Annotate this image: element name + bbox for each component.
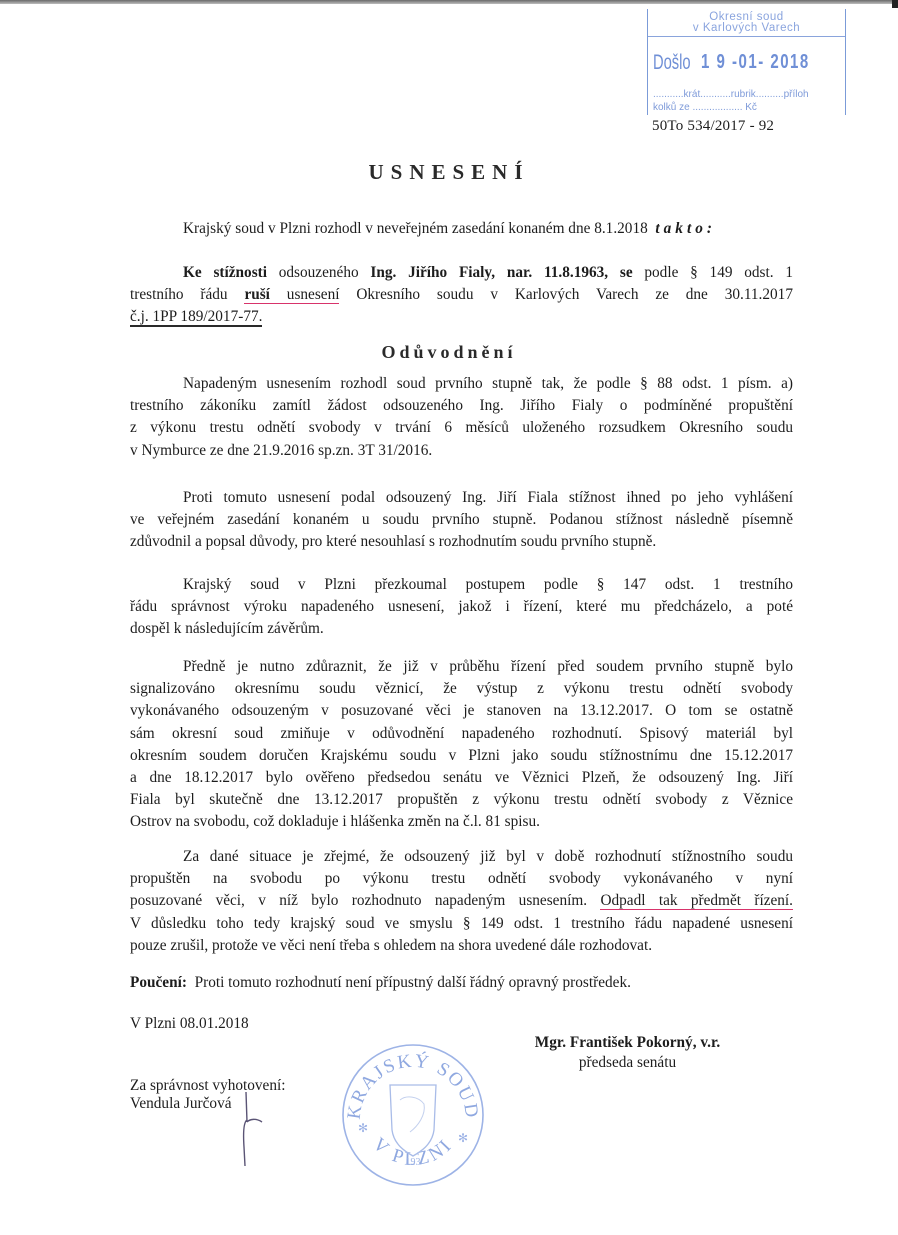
text-line: Proti tomuto usnesení podal odsouzený In… [183,489,793,506]
verdict-rusi: ruší [244,286,270,303]
text-line: řádu správnost výroku napadeného usnesen… [130,598,793,615]
judge-role: předseda senátu [520,1053,735,1073]
verdict-usneseni: usnesení [270,286,340,303]
stamp-counts-line: ...........krát...........rubrik........… [653,89,809,100]
text-line: Krajský soud v Plzni přezkoumal postupem… [183,576,793,593]
reasoning-paragraph-5: Za dané situace je zřejmé, že odsouzený … [130,846,793,957]
text-line: v Nymburce ze dne 21.9.2016 sp.zn. 3T 31… [130,442,432,459]
intro-emphasis: takto: [655,220,716,237]
stamp-fee-line: kolků ze .................. Kč [653,102,757,113]
text-line: a dne 18.12.2017 bylo ověřeno předsedou … [130,769,793,786]
text-line: z výkonu trestu odnětí svobody v trvání … [130,419,793,436]
stamp-received-label: Došlo [653,51,691,75]
svg-text:✻: ✻ [358,1121,368,1135]
text-line: Za dané situace je zřejmé, že odsouzený … [183,848,793,865]
instruction-label: Poučení: [130,974,187,991]
reasoning-heading: Odůvodnění [0,342,898,363]
text-line: Napadeným usnesením rozhodl soud prvního… [183,375,793,392]
text-line: posuzované věci, v níž bylo rozhodnuto n… [130,892,587,909]
verdict-text-2: podle § 149 odst. 1 [633,264,793,281]
scan-top-edge [0,0,898,4]
intro-text: Krajský soud v Plzni rozhodl v neveřejné… [183,220,648,237]
verdict-text-4: Okresního soudu v Karlových Varech ze dn… [339,286,793,303]
intro-paragraph: Krajský soud v Plzni rozhodl v neveřejné… [130,218,793,240]
case-reference: č.j. 1PP 189/2017-77. [130,308,262,327]
text-line: propuštěn na svobodu po výkonu trestu od… [130,870,793,887]
text-line: okresním soudem doručen Krajskému soudu … [130,747,793,764]
stamp-date-row: Došlo 1 9 -01- 2018 [653,51,843,75]
stamp-court-line2: v Karlových Varech [648,23,845,34]
court-seal-icon: KRAJSKÝ SOUD V PLZNI 193 ✻ ✻ [338,1040,488,1190]
instruction-text: Proti tomuto rozhodnutí není přípustný d… [195,974,631,991]
reasoning-paragraph-1: Napadeným usnesením rozhodl soud prvního… [130,373,793,462]
receipt-stamp: Okresní soud v Karlových Varech Došlo 1 … [647,9,846,115]
verdict-lead: Ke stížnosti [183,264,267,281]
text-line: dospěl k následujícím závěrům. [130,620,324,637]
text-line: vykonávaného odsouzeným v posuzované věc… [130,702,793,719]
reasoning-paragraph-2: Proti tomuto usnesení podal odsouzený In… [130,487,793,554]
convict-name: Ing. Jiřího Fialy, nar. 11.8.1963, se [370,264,632,281]
text-line: ve veřejném zasedání konaném u soudu prv… [130,511,793,528]
stamp-court: Okresní soud v Karlových Varech [648,9,845,37]
text-line: Předně je nutno zdůraznit, že již v průb… [183,658,793,675]
place-date: V Plzni 08.01.2018 [130,1015,249,1033]
text-line: signalizováno okresnímu soudu věznicí, ž… [130,680,793,697]
text-line: zdůvodnil a popsal důvody, pro které nes… [130,533,656,550]
document-title: USNESENÍ [0,160,898,185]
scan-corner [892,0,898,8]
handwritten-signature [238,1092,268,1167]
svg-text:✻: ✻ [458,1131,468,1145]
highlighted-conclusion: Odpadl tak předmět řízení. [600,892,793,910]
instruction-paragraph: Poučení: Proti tomuto rozhodnutí není př… [130,972,793,994]
text-line: sám okresní soud zmiňuje v odůvodnění na… [130,725,793,742]
judge-signature-block: Mgr. František Pokorný, v.r. předseda se… [520,1033,735,1073]
text-line: pouze zrušil, protože ve věci není třeba… [130,937,652,954]
svg-text:193: 193 [406,1157,421,1168]
text-line: trestního zákoníku zamítl žádost odsouze… [130,397,793,414]
text-line: Ostrov na svobodu, což dokladuje i hláše… [130,813,540,830]
judge-name: Mgr. František Pokorný, v.r. [520,1033,735,1053]
text-line: V důsledku toho tedy krajský soud ve smy… [130,915,793,932]
reasoning-paragraph-4: Předně je nutno zdůraznit, že již v průb… [130,656,793,834]
verdict-highlight: ruší usnesení [244,286,339,304]
reasoning-paragraph-3: Krajský soud v Plzni přezkoumal postupem… [130,574,793,641]
verdict-text-3: trestního řádu [130,286,244,303]
stamp-received-date: 1 9 -01- 2018 [701,51,810,74]
verdict-paragraph: Ke stížnosti odsouzeného Ing. Jiřího Fia… [130,262,793,329]
verdict-text-1: odsouzeného [267,264,370,281]
file-number: 50To 534/2017 - 92 [652,118,774,135]
text-line: Fiala byl skutečně dne 13.12.2017 propuš… [130,791,793,808]
